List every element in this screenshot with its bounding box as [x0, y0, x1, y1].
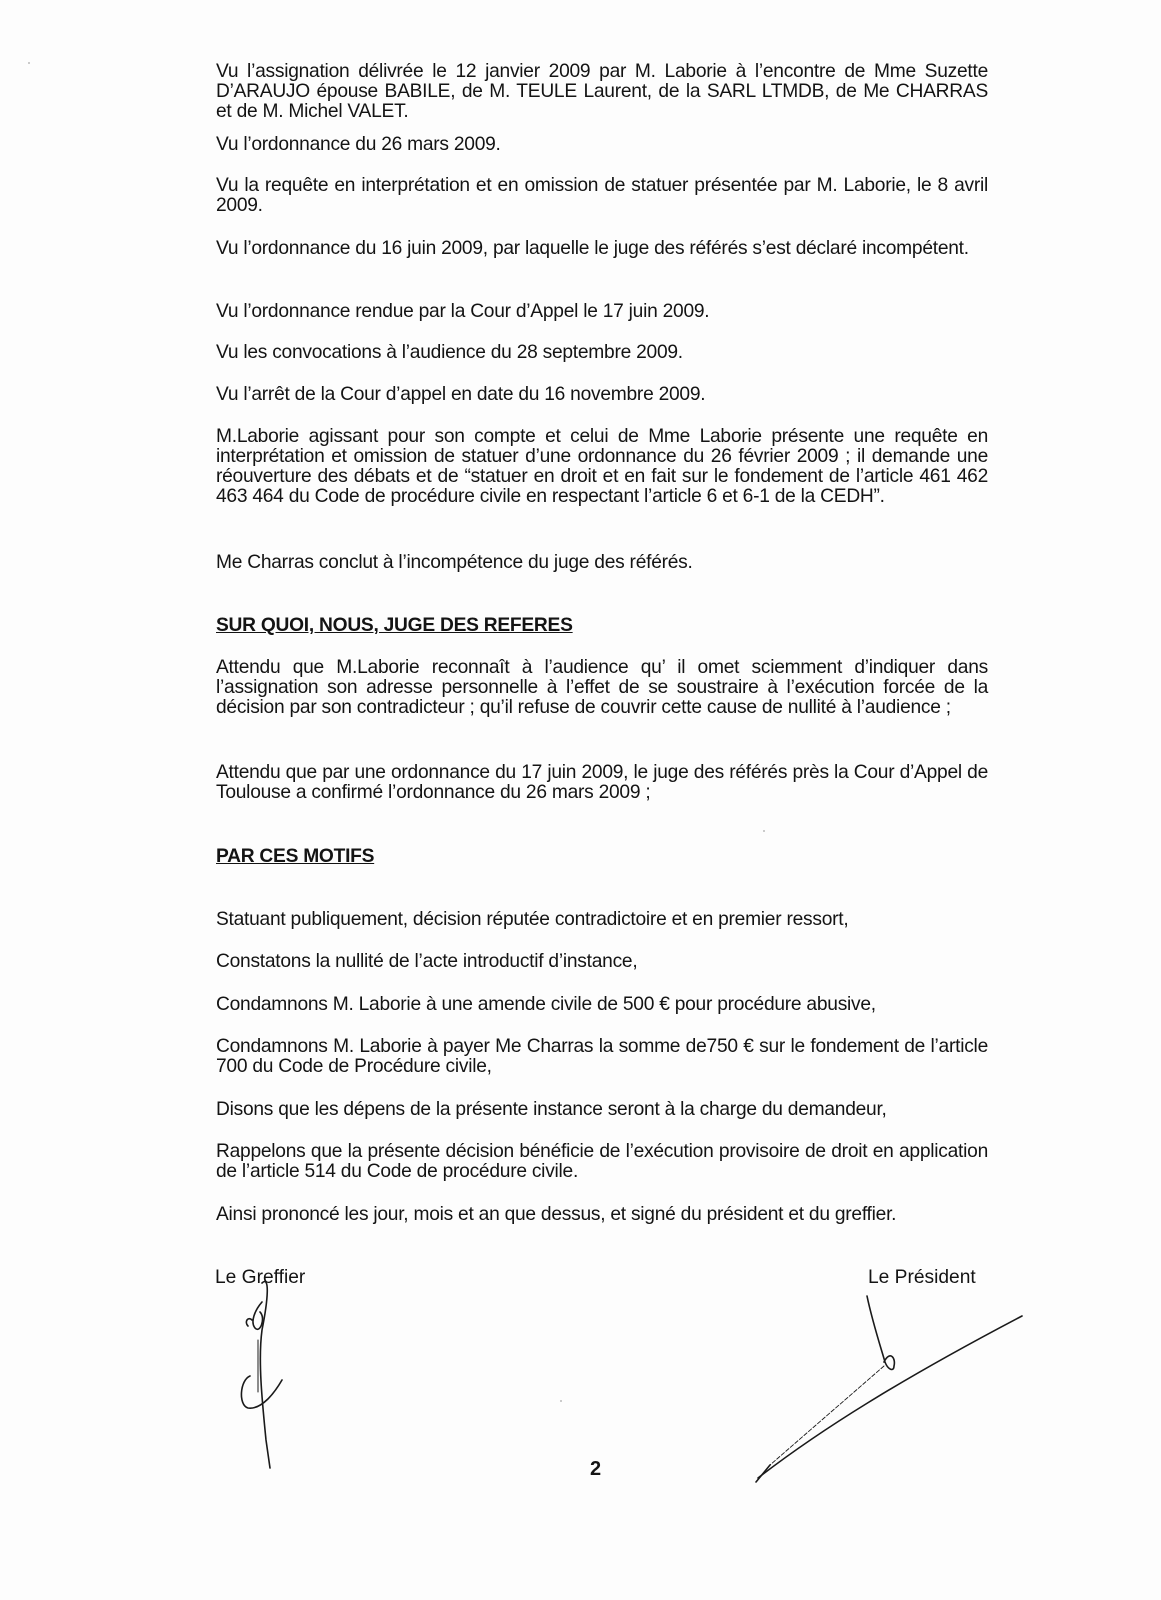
scan-speck — [763, 830, 765, 832]
scan-speck — [560, 1400, 562, 1402]
greffier-signature-icon — [241, 1281, 282, 1468]
president-signature-icon — [756, 1296, 1022, 1482]
page-number: 2 — [590, 1458, 601, 1481]
handwritten-signatures — [0, 0, 1161, 1600]
scan-speck — [28, 62, 30, 64]
document-page: Vu l’assignation délivrée le 12 janvier … — [0, 0, 1161, 1600]
